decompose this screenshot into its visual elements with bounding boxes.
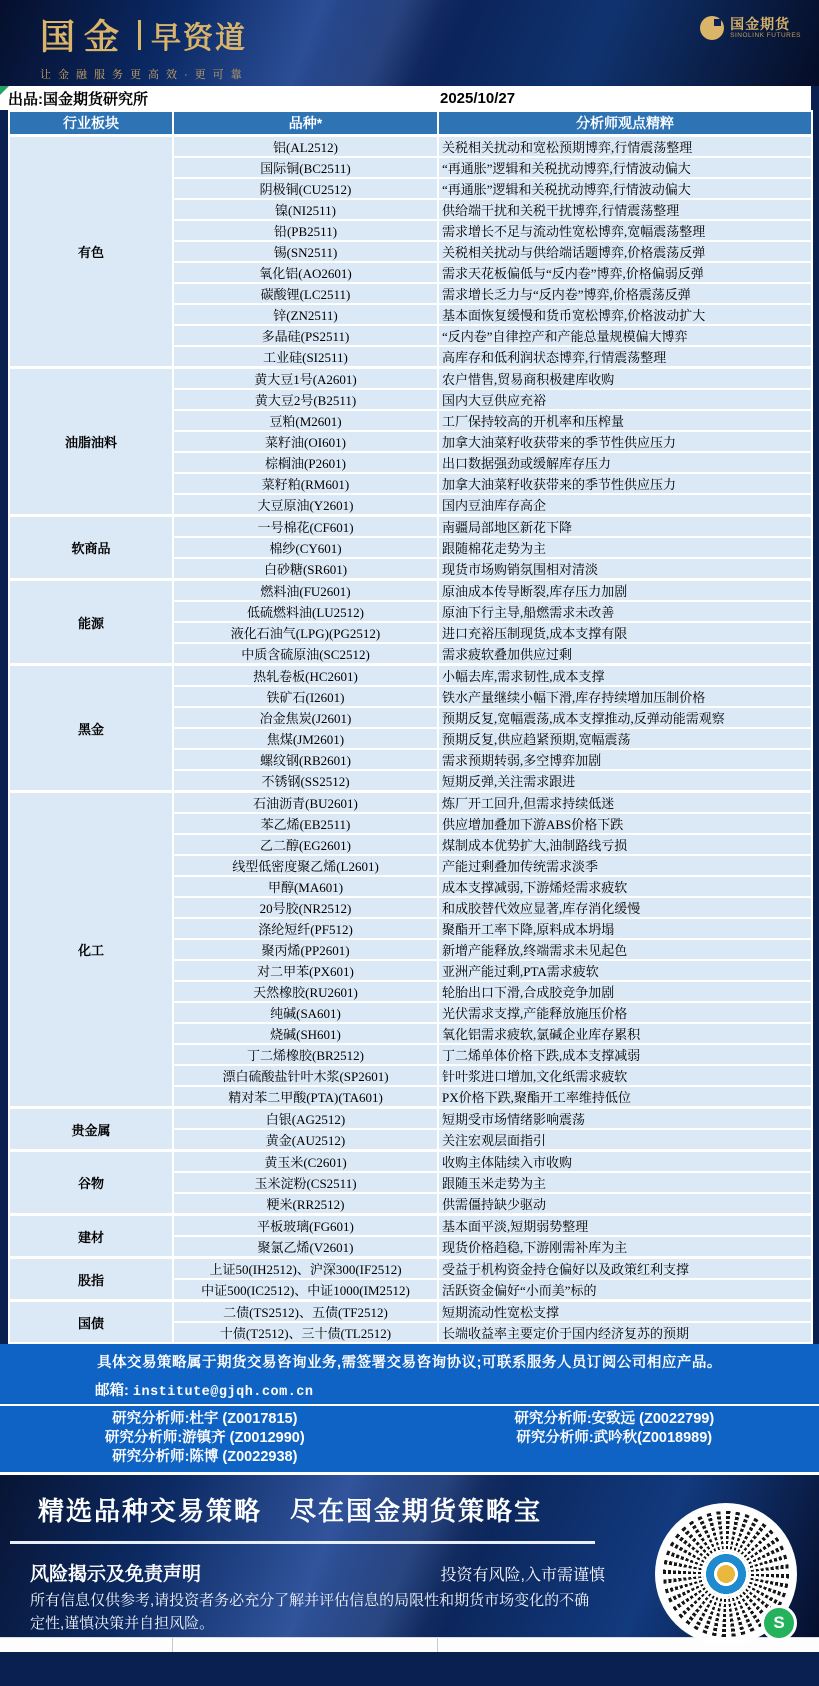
analyst-view-cell: 短期流动性宽松支撑 [438,1301,812,1323]
divider [10,1541,595,1544]
variety-cell: 对二甲苯(PX601) [173,960,438,981]
variety-cell: 阴极铜(CU2512) [173,178,438,199]
analyst-view-cell: 加拿大油菜籽收获带来的季节性供应压力 [438,431,812,452]
analyst-view-cell: 关税相关扰动和宽松预期博弈,行情震荡整理 [438,136,812,158]
variety-cell: 不锈钢(SS2512) [173,770,438,792]
variety-cell: 锌(ZN2511) [173,304,438,325]
variety-cell: 铝(AL2512) [173,136,438,158]
variety-cell: 中质含硫原油(SC2512) [173,643,438,665]
variety-cell: 黄大豆2号(B2511) [173,389,438,410]
analyst-view-cell: 跟随玉米走势为主 [438,1172,812,1193]
analyst-view-cell: 国内大豆供应充裕 [438,389,812,410]
table-row: 油脂油料黄大豆1号(A2601)农户惜售,贸易商积极建库收购 [9,368,812,390]
variety-cell: 碳酸锂(LC2511) [173,283,438,304]
analyst-view-cell: 高库存和低利润状态博弈,行情震荡整理 [438,346,812,368]
sector-cell: 化工 [9,792,173,1108]
analyst-view-cell: 需求预期转弱,多空博弈加剧 [438,749,812,770]
sector-cell: 股指 [9,1258,173,1301]
table-row: 谷物黄玉米(C2601)收购主体陆续入市收购 [9,1151,812,1173]
variety-cell: 十债(T2512)、三十债(TL2512) [173,1322,438,1343]
variety-cell: 石油沥青(BU2601) [173,792,438,814]
analyst-view-cell: 炼厂开工回升,但需求持续低迷 [438,792,812,814]
variety-cell: 丁二烯橡胶(BR2512) [173,1044,438,1065]
variety-cell: 20号胶(NR2512) [173,897,438,918]
sector-cell: 贵金属 [9,1108,173,1151]
analyst-view-cell: 国内豆油库存高企 [438,494,812,516]
analyst-view-cell: 供给端干扰和关税干扰博弈,行情震荡整理 [438,199,812,220]
corp-name-en: SINOLINK FUTURES [730,32,801,39]
table-row: 有色铝(AL2512)关税相关扰动和宽松预期博弈,行情震荡整理 [9,136,812,158]
variety-cell: 黄大豆1号(A2601) [173,368,438,390]
variety-cell: 铁矿石(I2601) [173,686,438,707]
analyst-view-cell: 光伏需求支撑,产能释放施压价格 [438,1002,812,1023]
variety-cell: 镍(NI2511) [173,199,438,220]
analyst-view-cell: 轮胎出口下滑,合成胶竞争加剧 [438,981,812,1002]
variety-cell: 玉米淀粉(CS2511) [173,1172,438,1193]
analyst-view-cell: 长端收益率主要定价于国内经济复苏的预期 [438,1322,812,1343]
variety-cell: 烧碱(SH601) [173,1023,438,1044]
analyst-view-cell: 活跃资金偏好“小而美”标的 [438,1279,812,1301]
analyst-view-cell: “再通胀”逻辑和关税扰动博弈,行情波动偏大 [438,178,812,199]
analyst-view-cell: 针叶浆进口增加,文化纸需求疲软 [438,1065,812,1086]
analyst-view-cell: 出口数据强劲或缓解库存压力 [438,452,812,473]
analyst-view-cell: 聚酯开工率下降,原料成本坍塌 [438,918,812,939]
analyst-view-cell: 原油下行主导,船燃需求未改善 [438,601,812,622]
analyst-view-cell: 工厂保持较高的开机率和压榨量 [438,410,812,431]
variety-cell: 二债(TS2512)、五债(TF2512) [173,1301,438,1323]
analyst-view-cell: 预期反复,供应趋紧预期,宽幅震荡 [438,728,812,749]
analyst-line: 研究分析师:安致远 (Z0022799) [514,1411,714,1428]
brand-mark: 国金 [40,10,128,60]
variety-cell: 液化石油气(LPG)(PG2512) [173,622,438,643]
disclaimer-body: 所有信息仅供参考,请投资者务必充分了解并评估信息的局限性和期货市场变化的不确定性… [30,1589,600,1635]
qr-center-logo-icon [703,1551,749,1597]
table-row: 软商品一号棉花(CF601)南疆局部地区新花下降 [9,516,812,538]
promo-banner: 精选品种交易策略 尽在国金期货策略宝 风险揭示及免责声明 投资有风险,入市需谨慎… [0,1475,819,1637]
corp-name-cn: 国金期货 [730,17,801,32]
variety-cell: 国际铜(BC2511) [173,157,438,178]
analyst-view-cell: 南疆局部地区新花下降 [438,516,812,538]
variety-cell: 棕榈油(P2601) [173,452,438,473]
analyst-line: 研究分析师:武吟秋(Z0018989) [516,1430,712,1447]
analyst-view-cell: “反内卷”自律控产和产能总量规模偏大博弈 [438,325,812,346]
email-address: institute@gjqh.com.cn [133,1385,314,1400]
variety-cell: 纯碱(SA601) [173,1002,438,1023]
analyst-view-cell: 丁二烯单体价格下跌,成本支撑减弱 [438,1044,812,1065]
product-name: 早资道 [151,13,247,57]
analyst-view-cell: 进口充裕压制现货,成本支撑有限 [438,622,812,643]
analyst-view-cell: 关注宏观层面指引 [438,1129,812,1151]
analyst-view-cell: 需求天花板偏低与“反内卷”博弈,价格偏弱反弹 [438,262,812,283]
table-row: 能源燃料油(FU2601)原油成本传导断裂,库存压力加剧 [9,580,812,602]
table-row: 股指上证50(IH2512)、沪深300(IF2512)受益于机构资金持仓偏好以… [9,1258,812,1280]
variety-cell: 黄金(AU2512) [173,1129,438,1151]
bottom-strip [0,1637,819,1652]
analyst-view-cell: 煤制成本优势扩大,油制路线亏损 [438,834,812,855]
analyst-view-cell: 预期反复,宽幅震荡,成本支撑推动,反弹动能需观察 [438,707,812,728]
analyst-view-cell: 农户惜售,贸易商积极建库收购 [438,368,812,390]
col-header-variety: 品种* [173,111,438,136]
sector-cell: 有色 [9,136,173,368]
analyst-view-cell: 加拿大油菜籽收获带来的季节性供应压力 [438,473,812,494]
variety-cell: 热轧卷板(HC2601) [173,665,438,687]
variety-cell: 多晶硅(PS2511) [173,325,438,346]
variety-cell: 冶金焦炭(J2601) [173,707,438,728]
col-header-view: 分析师观点精粹 [438,111,812,136]
variety-cell: 锡(SN2511) [173,241,438,262]
brand-tagline: 让金融服务更高效·更可靠 [40,66,249,82]
sector-cell: 黑金 [9,665,173,792]
variety-cell: 菜籽粕(RM601) [173,473,438,494]
subscription-notice: 具体交易策略属于期货交易咨询业务,需签署交易咨询协议;可联系服务人员订阅公司相应… [0,1344,819,1475]
variety-cell: 铅(PB2511) [173,220,438,241]
variety-cell: 螺纹钢(RB2601) [173,749,438,770]
meta-bar: 出品:国金期货研究所 2025/10/27 [0,86,811,110]
sector-cell: 软商品 [9,516,173,580]
variety-cell: 聚氯乙烯(V2601) [173,1236,438,1258]
variety-cell: 豆粕(M2601) [173,410,438,431]
analyst-view-cell: 供需僵持缺少驱动 [438,1193,812,1215]
variety-cell: 棉纱(CY601) [173,537,438,558]
variety-cell: 一号棉花(CF601) [173,516,438,538]
variety-cell: 氧化铝(AO2601) [173,262,438,283]
variety-cell: 上证50(IH2512)、沪深300(IF2512) [173,1258,438,1280]
analyst-view-cell: 氧化铝需求疲软,氯碱企业库存累积 [438,1023,812,1044]
sector-cell: 谷物 [9,1151,173,1215]
variety-cell: 聚丙烯(PP2601) [173,939,438,960]
analyst-view-cell: 关税相关扰动与供给端话题博弈,价格震荡反弹 [438,241,812,262]
sector-cell: 国债 [9,1301,173,1344]
corporate-logo: 国金期货 SINOLINK FUTURES [700,16,801,40]
sector-cell: 油脂油料 [9,368,173,516]
qr-code: S [655,1503,797,1645]
variety-cell: 粳米(RR2512) [173,1193,438,1215]
grid-tick [172,1638,173,1652]
corner-marker-icon [0,86,9,95]
variety-cell: 平板玻璃(FG601) [173,1215,438,1237]
analyst-view-cell: 需求疲软叠加供应过剩 [438,643,812,665]
variety-cell: 漂白硫酸盐针叶木浆(SP2601) [173,1065,438,1086]
variety-cell: 甲醇(MA601) [173,876,438,897]
analyst-view-cell: 铁水产量继续小幅下滑,库存持续增加压制价格 [438,686,812,707]
variety-cell: 工业硅(SI2511) [173,346,438,368]
variety-cell: 黄玉米(C2601) [173,1151,438,1173]
variety-cell: 中证500(IC2512)、中证1000(IM2512) [173,1279,438,1301]
table-header-row: 行业板块 品种* 分析师观点精粹 [9,111,812,136]
analyst-line: 研究分析师:杜宇 (Z0017815) [112,1411,297,1428]
analysts-right-column: 研究分析师:安致远 (Z0022799) 研究分析师:武吟秋(Z0018989) [410,1411,819,1466]
variety-cell: 燃料油(FU2601) [173,580,438,602]
analyst-view-cell: 成本支撑减弱,下游烯烃需求疲软 [438,876,812,897]
disclaimer-heading: 风险揭示及免责声明 [30,1559,201,1586]
analyst-view-cell: PX价格下跌,聚酯开工率维持低位 [438,1086,812,1108]
analyst-view-cell: 跟随棉花走势为主 [438,537,812,558]
sinolink-circle-icon [700,16,724,40]
email-row: 邮箱: institute@gjqh.com.cn [95,1379,819,1400]
analyst-view-cell: “再通胀”逻辑和关税扰动博弈,行情波动偏大 [438,157,812,178]
variety-cell: 乙二醇(EG2601) [173,834,438,855]
analyst-view-cell: 需求增长乏力与“反内卷”博弈,价格震荡反弹 [438,283,812,304]
variety-cell: 白银(AG2512) [173,1108,438,1130]
variety-cell: 天然橡胶(RU2601) [173,981,438,1002]
table-row: 黑金热轧卷板(HC2601)小幅去库,需求韧性,成本支撑 [9,665,812,687]
risk-caution: 投资有风险,入市需谨慎 [441,1562,605,1586]
analysts-left-column: 研究分析师:杜宇 (Z0017815) 研究分析师:游镇齐 (Z0012990)… [0,1411,410,1466]
report-table-body: 有色铝(AL2512)关税相关扰动和宽松预期博弈,行情震荡整理国际铜(BC251… [9,136,812,1344]
variety-cell: 苯乙烯(EB2511) [173,813,438,834]
analyst-view-cell: 现货价格趋稳,下游刚需补库为主 [438,1236,812,1258]
promo-title: 精选品种交易策略 尽在国金期货策略宝 [38,1491,542,1528]
brand-divider [138,20,141,50]
email-label: 邮箱: [95,1383,129,1399]
analysts-block: 研究分析师:杜宇 (Z0017815) 研究分析师:游镇齐 (Z0012990)… [0,1406,819,1472]
table-row: 国债二债(TS2512)、五债(TF2512)短期流动性宽松支撑 [9,1301,812,1323]
masthead: 国金 早资道 让金融服务更高效·更可靠 国金期货 SINOLINK FUTURE… [0,0,819,86]
grid-tick [437,1638,438,1652]
analyst-view-cell: 原油成本传导断裂,库存压力加剧 [438,580,812,602]
wechat-icon: S [761,1605,797,1641]
table-row: 贵金属白银(AG2512)短期受市场情绪影响震荡 [9,1108,812,1130]
variety-cell: 菜籽油(OI601) [173,431,438,452]
analyst-view-cell: 新增产能释放,终端需求未见起色 [438,939,812,960]
variety-cell: 线型低密度聚乙烯(L2601) [173,855,438,876]
brand-logo: 国金 早资道 让金融服务更高效·更可靠 [40,10,249,82]
analyst-view-cell: 短期反弹,关注需求跟进 [438,770,812,792]
variety-cell: 白砂糖(SR601) [173,558,438,580]
report-page: 国金 早资道 让金融服务更高效·更可靠 国金期货 SINOLINK FUTURE… [0,0,819,1686]
variety-cell: 涤纶短纤(PF512) [173,918,438,939]
sector-cell: 建材 [9,1215,173,1258]
variety-cell: 焦煤(JM2601) [173,728,438,749]
analyst-line: 研究分析师:陈博 (Z0022938) [112,1449,297,1466]
analyst-view-cell: 收购主体陆续入市收购 [438,1151,812,1173]
variety-cell: 大豆原油(Y2601) [173,494,438,516]
analyst-view-cell: 供应增加叠加下游ABS价格下跌 [438,813,812,834]
analyst-view-cell: 亚洲产能过剩,PTA需求疲软 [438,960,812,981]
analyst-view-cell: 短期受市场情绪影响震荡 [438,1108,812,1130]
table-row: 化工石油沥青(BU2601)炼厂开工回升,但需求持续低迷 [9,792,812,814]
col-header-sector: 行业板块 [9,111,173,136]
report-table: 行业板块 品种* 分析师观点精粹 有色铝(AL2512)关税相关扰动和宽松预期博… [8,110,813,1344]
sector-cell: 能源 [9,580,173,665]
publisher-label: 出品:国金期货研究所 [8,88,148,109]
notice-text: 具体交易策略属于期货交易咨询业务,需签署交易咨询协议;可联系服务人员订阅公司相应… [0,1351,819,1372]
analyst-line: 研究分析师:游镇齐 (Z0012990) [105,1430,305,1447]
report-date: 2025/10/27 [440,90,515,107]
analyst-view-cell: 小幅去库,需求韧性,成本支撑 [438,665,812,687]
table-row: 建材平板玻璃(FG601)基本面平淡,短期弱势整理 [9,1215,812,1237]
analyst-view-cell: 和成胶替代效应显著,库存消化缓慢 [438,897,812,918]
analyst-view-cell: 现货市场购销氛围相对清淡 [438,558,812,580]
variety-cell: 低硫燃料油(LU2512) [173,601,438,622]
analyst-view-cell: 需求增长不足与流动性宽松博弈,宽幅震荡整理 [438,220,812,241]
analyst-view-cell: 基本面平淡,短期弱势整理 [438,1215,812,1237]
variety-cell: 精对苯二甲酸(PTA)(TA601) [173,1086,438,1108]
analyst-view-cell: 产能过剩叠加传统需求淡季 [438,855,812,876]
analyst-view-cell: 受益于机构资金持仓偏好以及政策红利支撑 [438,1258,812,1280]
analyst-view-cell: 基本面恢复缓慢和货币宽松博弈,价格波动扩大 [438,304,812,325]
